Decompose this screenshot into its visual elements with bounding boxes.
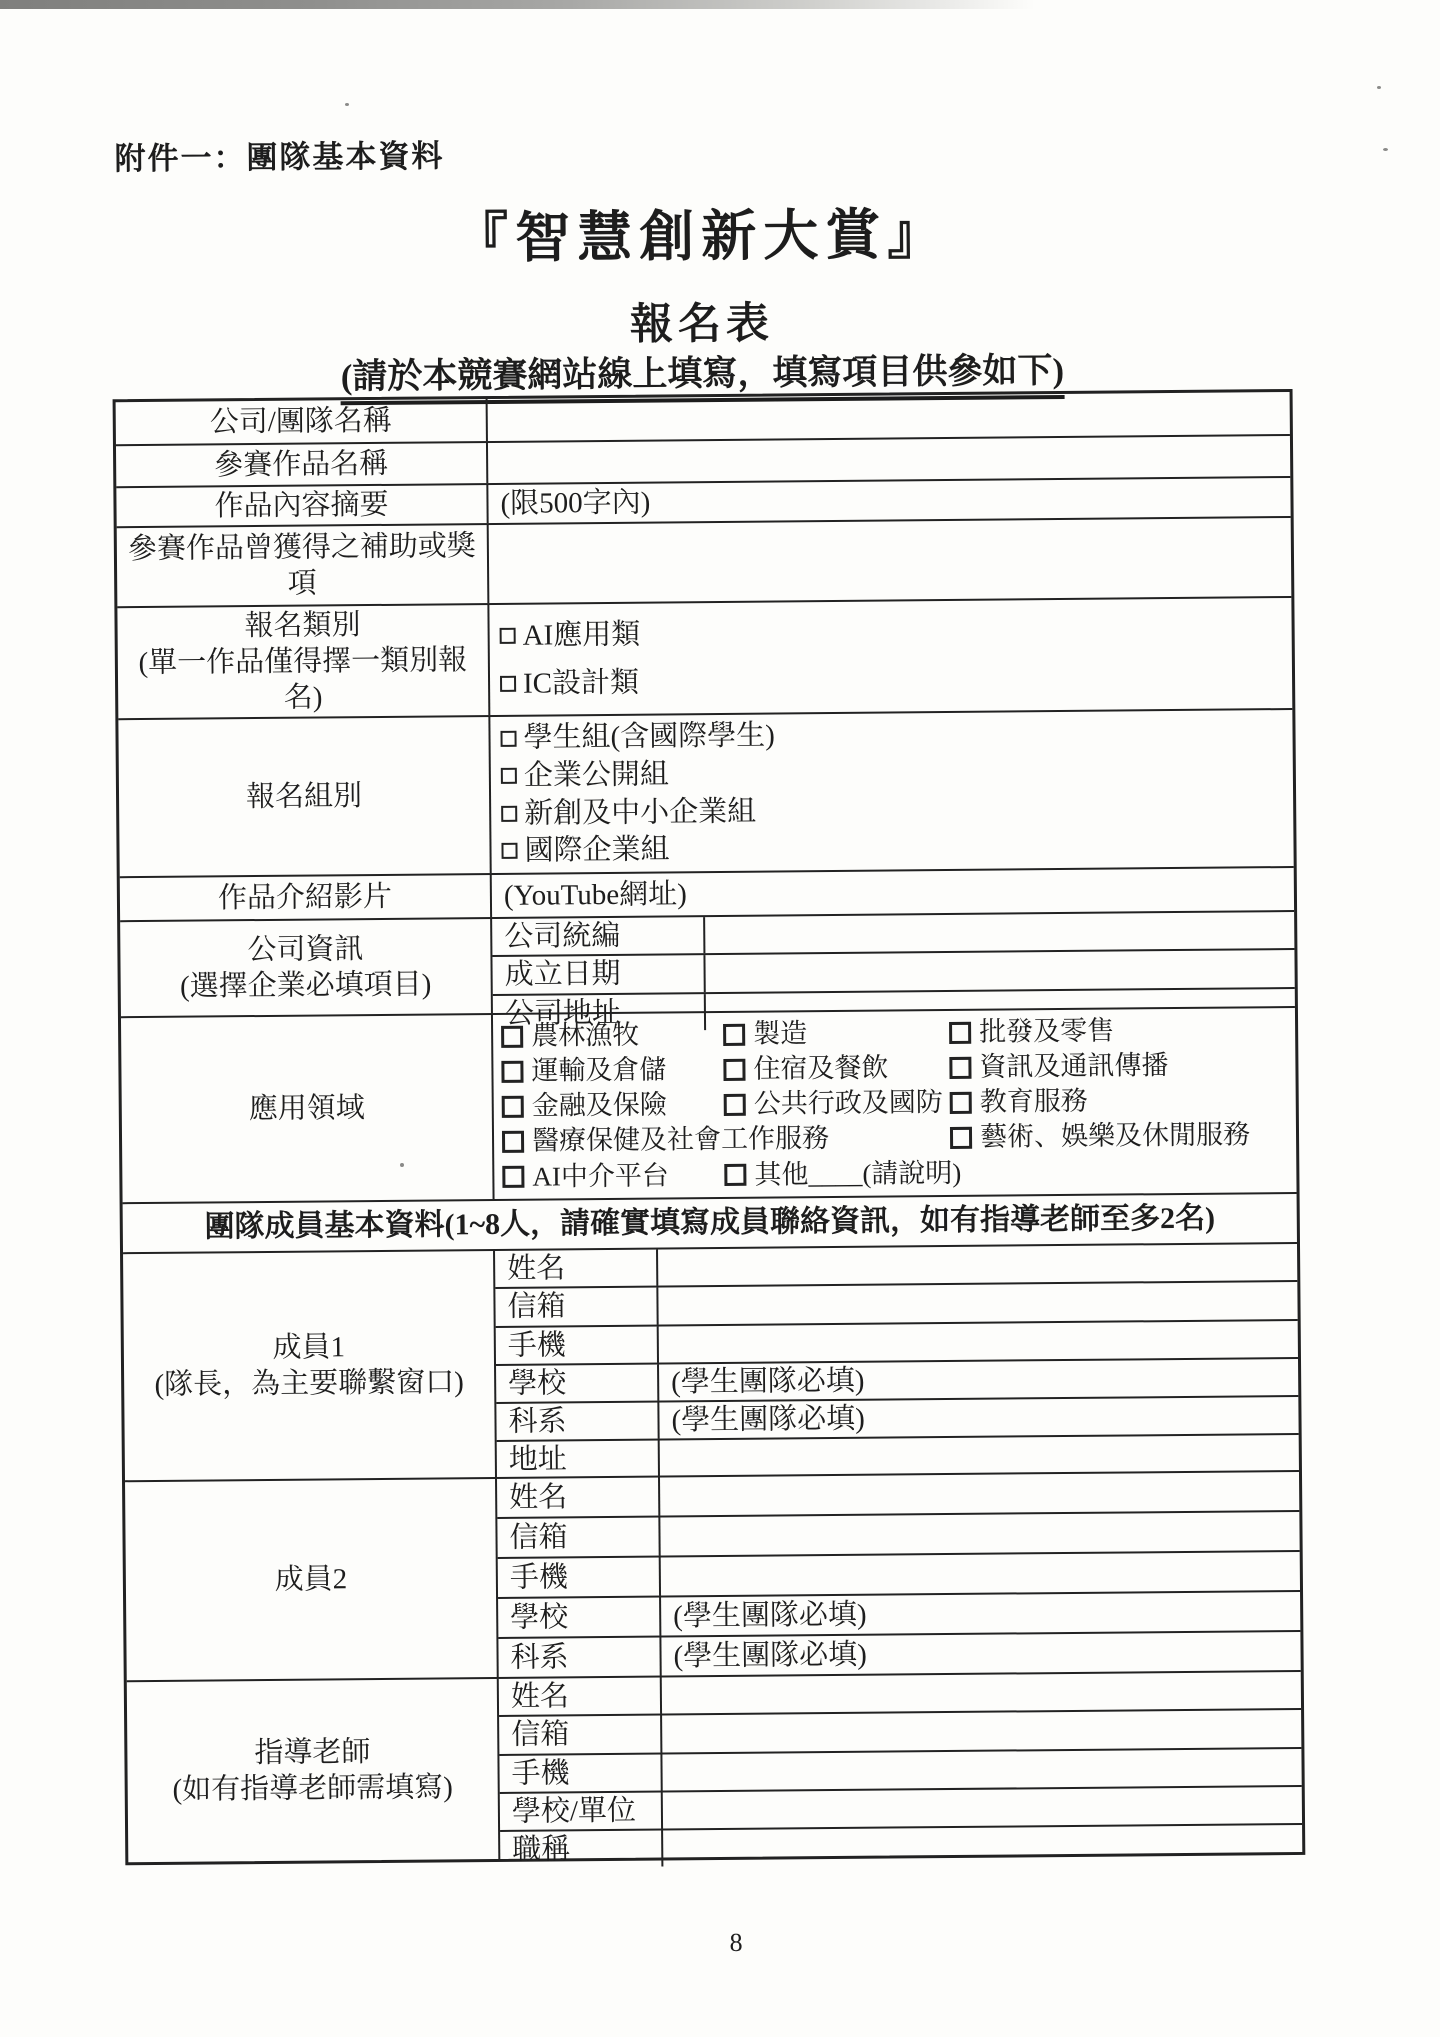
checkbox-icon: [501, 1061, 523, 1083]
field-option: AI中介平台: [502, 1158, 724, 1194]
checkbox-icon: [723, 1059, 745, 1081]
checkbox-icon: [724, 1164, 746, 1186]
group-option-label: 新創及中小企業組: [524, 793, 756, 831]
field-option: 教育服務: [950, 1085, 1088, 1120]
sub-label: 科系: [496, 1403, 659, 1441]
sub-label: 手機: [496, 1326, 659, 1364]
row-label: 參賽作品曾獲得之補助或獎項: [117, 525, 490, 606]
entry-name-field: [488, 436, 1290, 483]
sub-label: 學校: [496, 1364, 659, 1402]
row-label: 報名組別: [118, 717, 491, 876]
field-option: 住宿及餐飲: [723, 1051, 949, 1087]
field-option-label: 住宿及餐飲: [753, 1051, 888, 1086]
field-option-label: 教育服務: [980, 1085, 1088, 1120]
advisor-label-note: (如有指導老師需填寫): [172, 1769, 453, 1808]
registration-form-table: 公司/團隊名稱 參賽作品名稱 作品內容摘要 (限500字內) 參賽作品曾獲得之補…: [113, 389, 1306, 1865]
row-label: 應用領域: [121, 1015, 495, 1202]
row-label: 成員2: [125, 1479, 499, 1680]
row-label: 參賽作品名稱: [116, 443, 488, 486]
member1-school-field: (學生團隊必填): [659, 1359, 1298, 1401]
table-row-category: 報名類別 (單一作品僅得擇一類別報名) AI應用類 IC設計類: [117, 596, 1292, 718]
category-option-label: AI應用類: [522, 617, 640, 654]
option-line: AI中介平台 其他____(請說明): [502, 1153, 1296, 1195]
group-option: 新創及中小企業組: [501, 789, 1283, 832]
member2-email-field: [660, 1512, 1299, 1556]
table-row-company-info: 公司資訊 (選擇企業必填項目) 公司統編 成立日期 公司地址: [120, 910, 1295, 1016]
checkbox-icon: [723, 1023, 745, 1045]
field-option: 農林漁牧: [501, 1018, 723, 1054]
field-option: 其他____(請說明): [724, 1156, 961, 1192]
checkbox-icon: [950, 1092, 972, 1114]
video-field: (YouTube網址): [492, 868, 1294, 917]
checkbox-icon: [502, 1166, 524, 1188]
table-row-group: 報名組別 學生組(含國際學生) 企業公開組 新創及中小企業組: [118, 708, 1293, 876]
checkbox-icon: [949, 1021, 971, 1043]
checkbox-icon: [502, 1131, 524, 1153]
sub-label: 姓名: [495, 1250, 658, 1288]
member2-subtable: 姓名 信箱 手機 學校 (學生團隊必填): [497, 1472, 1301, 1677]
group-option: 國際企業組: [501, 826, 1283, 869]
attachment-label: 附件一：團隊基本資料: [114, 130, 444, 178]
member1-subtable: 姓名 信箱 手機 學校 (學生團隊必填): [495, 1244, 1299, 1477]
awards-field: [489, 518, 1292, 603]
category-option: IC設計類: [500, 659, 1282, 702]
advisor-email-field: [662, 1710, 1301, 1752]
field-option: 資訊及通訊傳播: [949, 1049, 1168, 1085]
company-info-subtable: 公司統編 成立日期 公司地址: [492, 912, 1295, 1013]
company-info-label: 公司資訊: [247, 931, 363, 968]
field-option-label: 運輸及倉儲: [531, 1053, 666, 1088]
checkbox-icon: [502, 1096, 524, 1118]
contest-title: 『智慧創新大賞』: [111, 187, 1292, 276]
checkbox-icon: [950, 1127, 972, 1149]
advisor-label: 指導老師: [254, 1734, 370, 1771]
advisor-phone-field: [662, 1748, 1301, 1790]
row-label: 作品內容摘要: [116, 485, 488, 526]
checkbox-icon: [724, 1094, 746, 1116]
company-info-label-note: (選擇企業必填項目): [180, 967, 432, 1005]
field-option-label: 批發及零售: [979, 1014, 1114, 1049]
category-label-note: (單一作品僅得擇一類別報名): [124, 642, 483, 718]
field-option-label: 公共行政及國防: [754, 1086, 943, 1121]
application-field-options: 農林漁牧 製造 批發及零售 運輸及倉儲 住宿及餐飲 資訊及通訊傳播 金融及保險 …: [493, 1008, 1297, 1199]
sub-label: 信箱: [495, 1288, 658, 1326]
sub-label: 姓名: [499, 1678, 662, 1716]
group-option-label: 學生組(含國際學生): [523, 718, 775, 756]
tax-id-field: [705, 912, 1294, 953]
member1-email-field: [658, 1282, 1297, 1324]
field-option: 金融及保險: [502, 1088, 724, 1124]
table-row-application-fields: 應用領域 農林漁牧 製造 批發及零售 運輸及倉儲 住宿及餐飲 資訊及通訊傳播 金…: [121, 1006, 1297, 1202]
sub-label: 學校/單位: [500, 1792, 663, 1830]
member1-name-field: [658, 1244, 1297, 1286]
row-label: 報名類別 (單一作品僅得擇一類別報名): [117, 605, 490, 718]
sub-label: 姓名: [497, 1478, 660, 1517]
subtable-row: 手機: [498, 1550, 1300, 1597]
field-option-label: 資訊及通訊傳播: [979, 1049, 1168, 1084]
table-row-member1: 成員1 (隊長，為主要聯繫窗口) 姓名 信箱 手機: [123, 1242, 1299, 1480]
subtable-row: 科系 (學生團隊必填): [498, 1630, 1300, 1677]
field-option: 公共行政及國防: [724, 1086, 950, 1122]
field-option-label: 農林漁牧: [531, 1018, 639, 1053]
row-label: 成員1 (隊長，為主要聯繫窗口): [123, 1251, 497, 1480]
sub-label: 信箱: [497, 1518, 660, 1557]
checkbox-icon: [500, 675, 516, 691]
summary-field: (限500字內): [488, 478, 1290, 523]
field-option: 運輸及倉儲: [501, 1053, 723, 1089]
table-row-advisor: 指導老師 (如有指導老師需填寫) 姓名 信箱 手機: [127, 1670, 1303, 1862]
category-option-label: IC設計類: [523, 664, 639, 701]
sub-label: 信箱: [499, 1716, 662, 1754]
sub-label: 地址: [497, 1441, 660, 1479]
checkbox-icon: [949, 1057, 971, 1079]
member1-label: 成員1: [272, 1329, 345, 1366]
document-content: 附件一：團隊基本資料 『智慧創新大賞』 報名表 (請於本競賽網站線上填寫，填寫項…: [0, 0, 1440, 2037]
company-name-field: [488, 392, 1290, 441]
field-option-label: 製造: [753, 1017, 807, 1051]
field-option: 批發及零售: [949, 1014, 1114, 1049]
group-option-label: 國際企業組: [524, 832, 669, 870]
member2-name-field: [660, 1472, 1299, 1516]
sub-label: 學校: [498, 1598, 661, 1637]
row-label: 指導老師 (如有指導老師需填寫): [127, 1679, 501, 1862]
field-option: 藝術、娛樂及休閒服務: [950, 1119, 1250, 1155]
subtable-row: 職稱: [500, 1823, 1302, 1868]
group-option-label: 企業公開組: [524, 756, 669, 794]
field-option-label: AI中介平台: [532, 1159, 669, 1194]
advisor-school-unit-field: [663, 1787, 1302, 1829]
field-option: 醫療保健及社會工作服務: [502, 1121, 950, 1159]
row-label: 公司資訊 (選擇企業必填項目): [120, 919, 493, 1016]
member1-address-field: [660, 1435, 1299, 1477]
field-option-label: 其他____(請說明): [754, 1156, 961, 1192]
group-option: 學生組(含國際學生): [500, 713, 1282, 756]
field-option-label: 醫療保健及社會工作服務: [532, 1122, 829, 1158]
advisor-subtable: 姓名 信箱 手機 學校/單位: [499, 1672, 1303, 1859]
scanned-document-page: 附件一：團隊基本資料 『智慧創新大賞』 報名表 (請於本競賽網站線上填寫，填寫項…: [0, 0, 1440, 2037]
row-label: 公司/團隊名稱: [116, 399, 488, 444]
group-options: 學生組(含國際學生) 企業公開組 新創及中小企業組 國際企業組: [490, 710, 1293, 873]
table-row-member2: 成員2 姓名 信箱 手機 學校: [125, 1470, 1301, 1680]
member2-department-field: (學生團隊必填): [661, 1632, 1300, 1676]
table-row-awards: 參賽作品曾獲得之補助或獎項: [117, 516, 1292, 606]
member2-school-field: (學生團隊必填): [661, 1592, 1300, 1636]
field-option: 製造: [723, 1016, 949, 1052]
checkbox-icon: [501, 843, 517, 859]
advisor-title-field: [663, 1825, 1302, 1867]
category-options: AI應用類 IC設計類: [489, 598, 1292, 715]
subtable-row: 地址: [497, 1433, 1299, 1478]
page-number: 8: [126, 1923, 1346, 1964]
sub-label: 成立日期: [492, 955, 705, 993]
checkbox-icon: [501, 768, 517, 784]
checkbox-icon: [500, 628, 516, 644]
field-option-label: 藝術、娛樂及休閒服務: [980, 1119, 1250, 1155]
sub-label: 科系: [498, 1638, 661, 1677]
sub-label: 手機: [499, 1754, 662, 1792]
subtable-row: 學校 (學生團隊必填): [498, 1590, 1300, 1637]
member2-phone-field: [661, 1552, 1300, 1596]
member1-department-field: (學生團隊必填): [659, 1397, 1298, 1439]
sub-label: 職稱: [500, 1831, 663, 1869]
sub-label: 公司統編: [492, 917, 705, 955]
row-label: 作品介紹影片: [120, 875, 492, 920]
checkbox-icon: [500, 730, 516, 746]
subtable-row: 信箱: [497, 1510, 1299, 1557]
checkbox-icon: [501, 806, 517, 822]
founding-date-field: [705, 950, 1294, 991]
group-option: 企業公開組: [501, 751, 1283, 794]
category-option: AI應用類: [499, 611, 1281, 654]
checkbox-icon: [501, 1025, 523, 1047]
member1-label-note: (隊長，為主要聯繫窗口): [154, 1364, 464, 1403]
member1-phone-field: [659, 1320, 1298, 1362]
advisor-name-field: [662, 1672, 1301, 1714]
sub-label: 手機: [498, 1558, 661, 1597]
field-option-label: 金融及保險: [532, 1089, 667, 1124]
category-label: 報名類別: [244, 607, 360, 644]
